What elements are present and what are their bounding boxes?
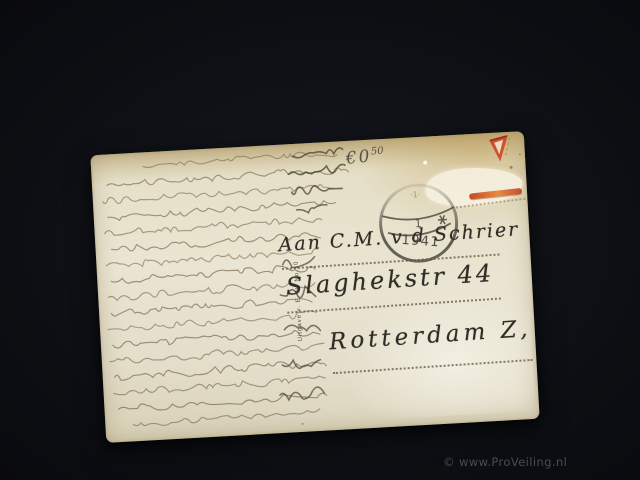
watermark: © www.ProVeiling.nl <box>443 455 567 469</box>
price-main: €0 <box>345 146 373 169</box>
torn-stamp-remnant <box>486 133 514 164</box>
postcard: Uitgave v. E. N. No.10 €050 <box>90 131 539 443</box>
price-annotation: €050 <box>345 145 385 169</box>
postmark-top-text: ·1· <box>410 190 421 200</box>
photo-background: Uitgave v. E. N. No.10 €050 <box>0 0 640 480</box>
price-cents: 50 <box>370 145 384 157</box>
